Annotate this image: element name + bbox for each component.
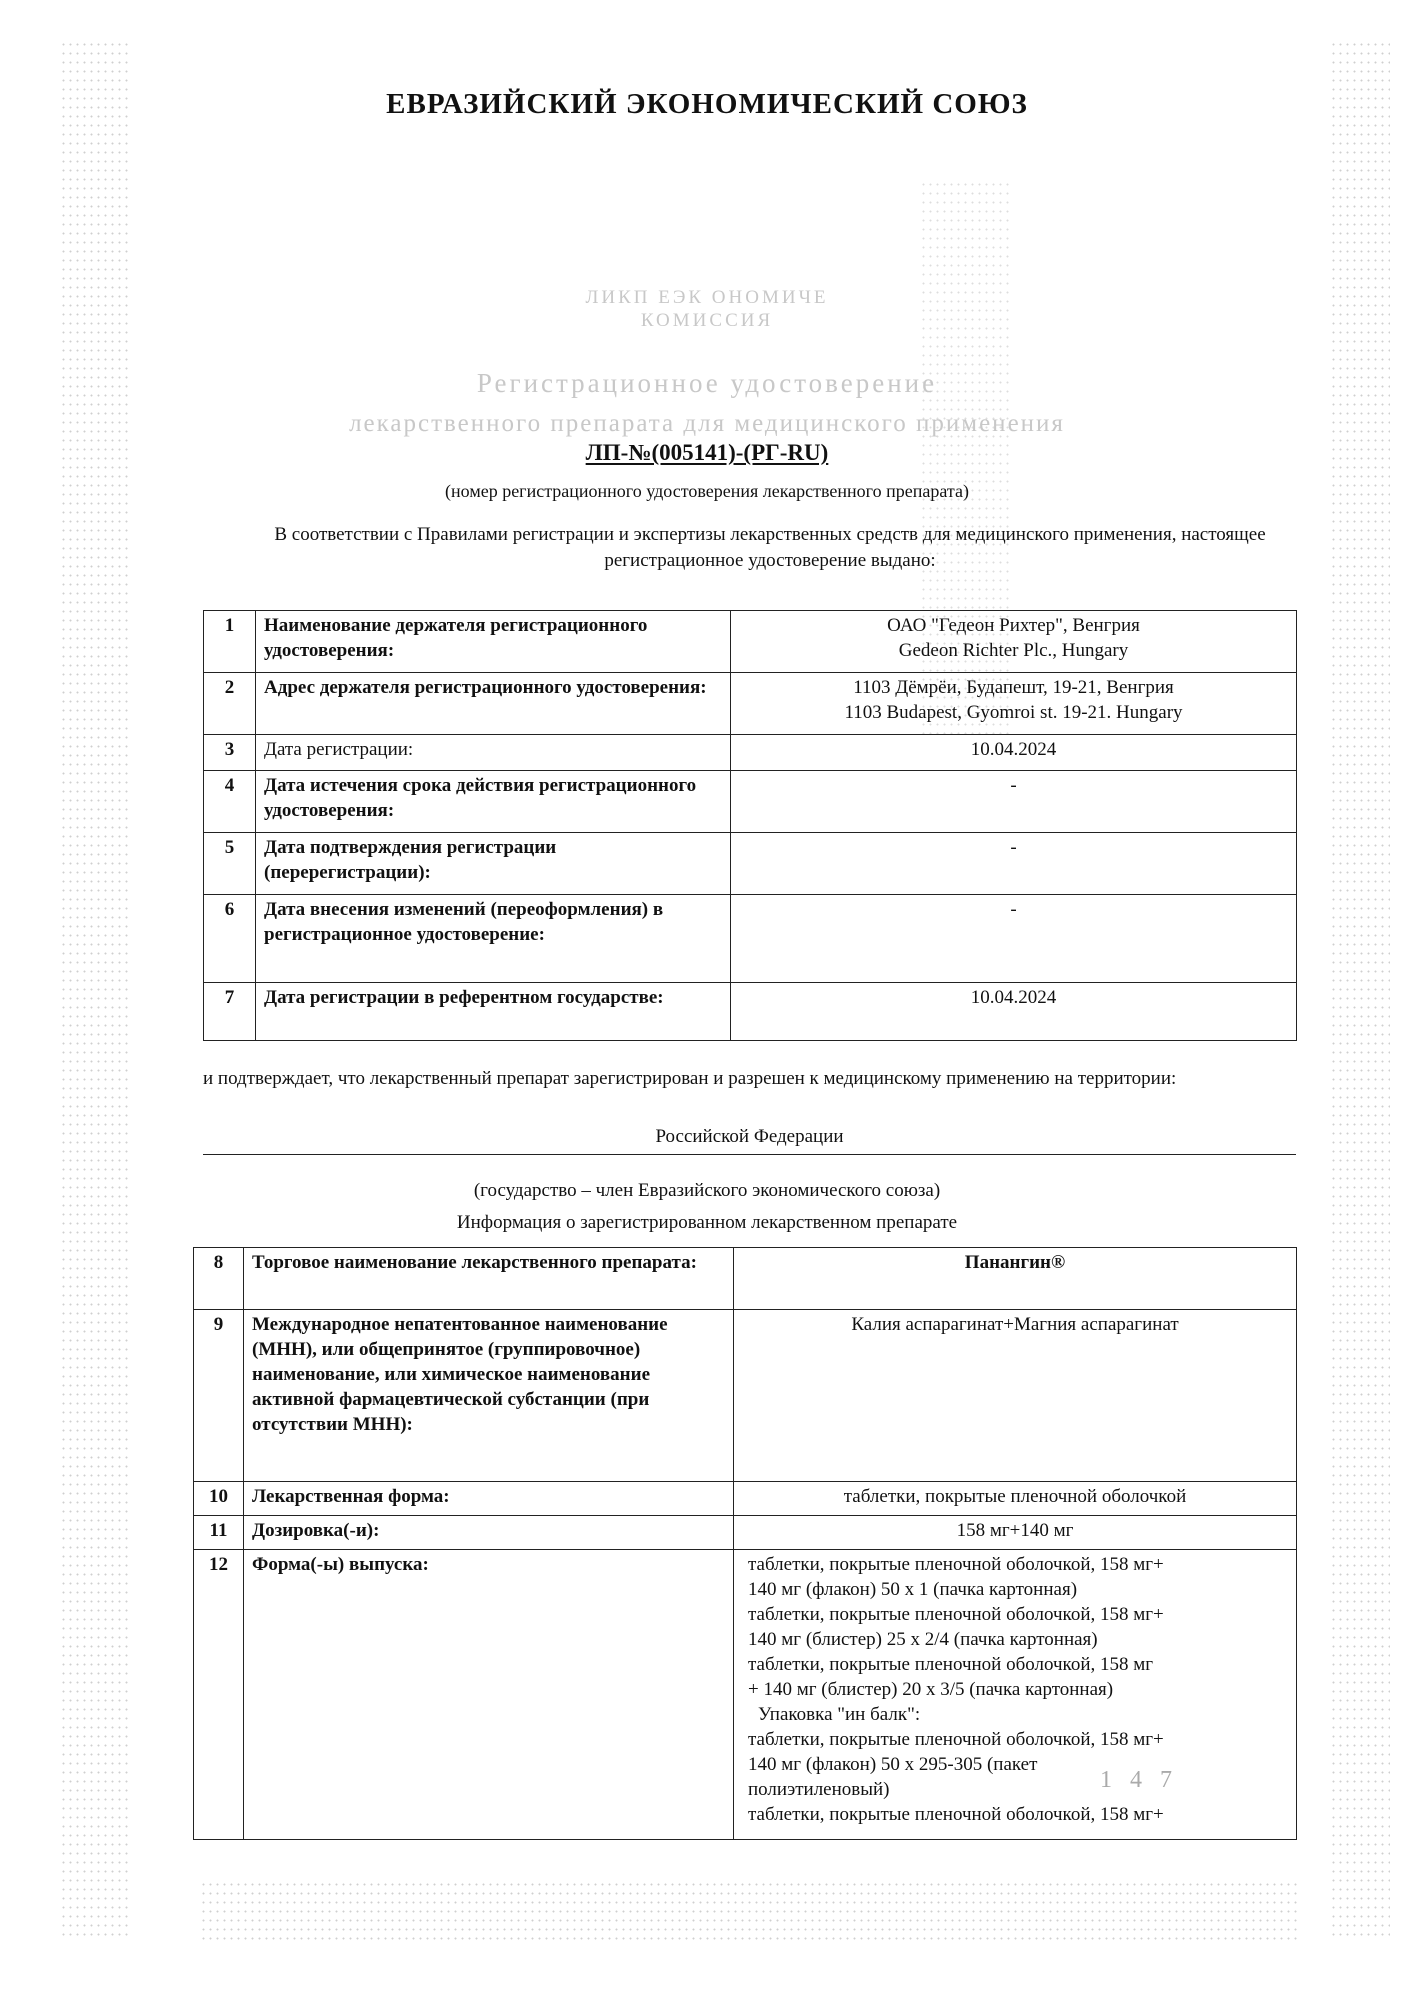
inn-value: Калия аспарагинат+Магния аспарагинат [734,1310,1297,1482]
dosage-value: 158 мг+140 мг [734,1516,1297,1550]
faded-certificate-title: Регистрационное удостоверение [0,368,1414,399]
intro-paragraph: В соответствии с Правилами регистрации и… [270,522,1270,574]
value-line: 1103 Budapest, Gyomroi st. 19-21. Hungar… [739,700,1288,725]
release-form-line: 140 мг (блистер) 25 x 2/4 (пачка картонн… [748,1627,1288,1652]
row-number: 2 [204,673,256,735]
release-form-line: 140 мг (флакон) 50 x 295-305 (пакет [748,1752,1288,1777]
dosage-form-value: таблетки, покрытые пленочной оболочкой [734,1482,1297,1516]
release-form-line: 140 мг (флакон) 50 x 1 (пачка картонная) [748,1577,1288,1602]
row-number: 4 [204,771,256,833]
value-line: Gedeon Richter Plc., Hungary [739,638,1288,663]
faded-commission-line-2: КОМИССИЯ [0,310,1414,332]
release-form-line: полиэтиленовый) [748,1777,1288,1802]
row-value: ОАО "Гедеон Рихтер", Венгрия Gedeon Rich… [731,611,1297,673]
faded-certificate-subtitle: лекарственного препарата для медицинског… [0,410,1414,438]
row-value: - [731,833,1297,895]
registration-number-caption: (номер регистрационного удостоверения ле… [0,481,1414,502]
table-row: 6 Дата внесения изменений (переоформлени… [204,895,1297,983]
row-label: Дата внесения изменений (переоформления)… [256,895,731,983]
table-row: 4 Дата истечения срока действия регистра… [204,771,1297,833]
table-row: 10 Лекарственная форма: таблетки, покрыт… [194,1482,1297,1516]
territory-caption: (государство – член Евразийского экономи… [0,1180,1414,1202]
row-number: 12 [194,1550,244,1840]
row-value: - [731,895,1297,983]
release-form-line: таблетки, покрытые пленочной оболочкой, … [748,1727,1288,1752]
confirmation-paragraph: и подтверждает, что лекарственный препар… [203,1066,1296,1091]
table-row: 8 Торговое наименование лекарственного п… [194,1248,1297,1310]
certificate-page: ЕВРАЗИЙСКИЙ ЭКОНОМИЧЕСКИЙ СОЮЗ ЛИКП ЕЭК … [0,0,1414,2000]
release-form-line: таблетки, покрытые пленочной оболочкой, … [748,1652,1288,1677]
row-label: Международное непатентованное наименован… [244,1310,734,1482]
scan-noise-bottom [200,1880,1300,1940]
table-row: 3 Дата регистрации: 10.04.2024 [204,735,1297,771]
row-label: Торговое наименование лекарственного пре… [244,1248,734,1310]
row-number: 6 [204,895,256,983]
row-number: 5 [204,833,256,895]
release-form-line: таблетки, покрытые пленочной оболочкой, … [748,1602,1288,1627]
row-number: 11 [194,1516,244,1550]
row-label: Дата регистрации в референтном государст… [256,983,731,1041]
row-label: Дата истечения срока действия регистраци… [256,771,731,833]
row-number: 1 [204,611,256,673]
value-line: ОАО "Гедеон Рихтер", Венгрия [739,613,1288,638]
faded-stamp-number: 1 4 7 [1100,1767,1178,1794]
holder-info-table: 1 Наименование держателя регистрационног… [203,610,1297,1041]
table-row: 7 Дата регистрации в референтном государ… [204,983,1297,1041]
row-label: Лекарственная форма: [244,1482,734,1516]
row-label: Форма(-ы) выпуска: [244,1550,734,1840]
table-row: 2 Адрес держателя регистрационного удост… [204,673,1297,735]
row-number: 7 [204,983,256,1041]
row-value: 10.04.2024 [731,983,1297,1041]
row-label: Дата подтверждения регистрации (перереги… [256,833,731,895]
row-number: 3 [204,735,256,771]
row-label: Наименование держателя регистрационного … [256,611,731,673]
table-row: 11 Дозировка(-и): 158 мг+140 мг [194,1516,1297,1550]
row-label: Адрес держателя регистрационного удостов… [256,673,731,735]
row-value: 1103 Дёмрёи, Будапешт, 19-21, Венгрия 11… [731,673,1297,735]
release-form-line: + 140 мг (блистер) 20 x 3/5 (пачка карто… [748,1677,1288,1702]
row-label: Дата регистрации: [256,735,731,771]
release-forms-value: таблетки, покрытые пленочной оболочкой, … [734,1550,1297,1840]
registration-number: ЛП-№(005141)-(РГ-RU) [0,440,1414,466]
row-label: Дозировка(-и): [244,1516,734,1550]
territory-name: Российской Федерации [203,1126,1296,1155]
bulk-packaging-heading: Упаковка "ин балк": [748,1702,1288,1727]
release-form-line: таблетки, покрытые пленочной оболочкой, … [748,1802,1288,1827]
table-row: 1 Наименование держателя регистрационног… [204,611,1297,673]
trade-name-value: Панангин® [734,1248,1297,1310]
faded-commission-line-1: ЛИКП ЕЭК ОНОМИЧЕ [0,287,1414,309]
union-title: ЕВРАЗИЙСКИЙ ЭКОНОМИЧЕСКИЙ СОЮЗ [0,88,1414,121]
row-number: 9 [194,1310,244,1482]
value-line: 1103 Дёмрёи, Будапешт, 19-21, Венгрия [739,675,1288,700]
table-row: 9 Международное непатентованное наименов… [194,1310,1297,1482]
drug-info-table: 8 Торговое наименование лекарственного п… [193,1247,1297,1840]
table-row: 12 Форма(-ы) выпуска: таблетки, покрытые… [194,1550,1297,1840]
row-number: 8 [194,1248,244,1310]
row-value: 10.04.2024 [731,735,1297,771]
table-row: 5 Дата подтверждения регистрации (перере… [204,833,1297,895]
row-value: - [731,771,1297,833]
drug-info-title: Информация о зарегистрированном лекарств… [0,1212,1414,1234]
release-form-line: таблетки, покрытые пленочной оболочкой, … [748,1552,1288,1577]
row-number: 10 [194,1482,244,1516]
